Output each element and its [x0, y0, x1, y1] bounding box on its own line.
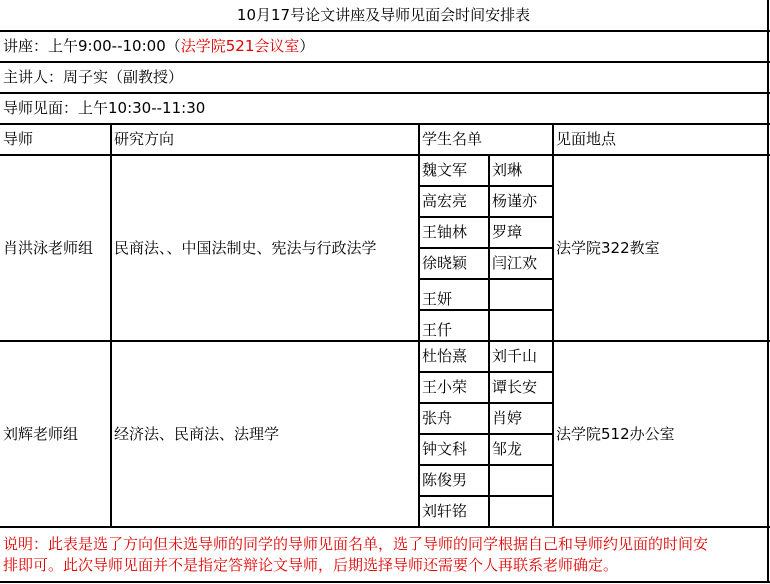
student-name: 刘琳 [492, 156, 522, 185]
meeting-info: 导师见面：上午10:30--11:30 [3, 94, 205, 123]
student-name: 陈俊男 [422, 466, 467, 495]
header-direction: 研究方向 [114, 125, 174, 154]
group-location: 法学院512办公室 [556, 342, 675, 526]
lecture-time: 讲座：上午9:00--10:00（ [3, 39, 181, 54]
right-border [767, 0, 769, 583]
student-name: 谭长安 [492, 373, 537, 402]
lecture-location: 法学院521会议室 [181, 39, 300, 54]
student-name: 魏文军 [422, 156, 467, 185]
student-name: 闫江欢 [492, 249, 537, 278]
student-name: 张舟 [422, 404, 452, 433]
student-name: 肖婷 [492, 404, 522, 433]
student-name: 高宏亮 [422, 187, 467, 216]
group-location: 法学院322教室 [556, 156, 660, 340]
student-name: 杨谨亦 [492, 187, 537, 216]
student-name: 刘轩铭 [422, 497, 467, 526]
student-name: 罗璋 [492, 218, 522, 247]
student-name: 钟文科 [422, 435, 467, 464]
student-name: 徐晓颖 [422, 249, 467, 278]
col-divider [418, 124, 420, 527]
student-name: 杜怡熹 [422, 342, 467, 371]
table-bottom [0, 526, 770, 528]
lecture-info: 讲座：上午9:00--10:00（法学院521会议室） [3, 32, 314, 61]
group-direction: 经济法、民商法、法理学 [114, 342, 279, 526]
lecture-suffix: ） [299, 39, 314, 54]
note-bottom [0, 581, 770, 583]
group-advisor: 肖洪泳老师组 [3, 156, 93, 340]
student-name: 刘千山 [492, 342, 537, 371]
header-students: 学生名单 [422, 125, 482, 154]
col-divider [488, 155, 490, 527]
speaker-info: 主讲人：周子实（副教授） [3, 63, 183, 92]
header-advisor: 导师 [3, 125, 33, 154]
page-title: 10月17号论文讲座及导师见面会时间安排表 [0, 0, 767, 30]
col-divider [110, 124, 112, 527]
group-advisor: 刘辉老师组 [3, 342, 78, 526]
student-name: 王仟 [422, 311, 452, 340]
note-line-1: 说明：此表是选了方向但未选导师的同学的导师见面名单，选了导师的同学根据自己和导师… [3, 534, 708, 554]
header-location: 见面地点 [556, 125, 616, 154]
student-name: 王小荣 [422, 373, 467, 402]
col-divider [552, 124, 554, 527]
student-name: 王铀林 [422, 218, 467, 247]
note-line-2: 排即可。此次导师见面并不是指定答辩论文导师，后期选择导师还需要个人再联系老师确定… [3, 555, 618, 575]
student-name: 邹龙 [492, 435, 522, 464]
group-direction: 民商法、、中国法制史、宪法与行政法学 [114, 156, 377, 340]
student-name: 王妍 [422, 280, 452, 309]
